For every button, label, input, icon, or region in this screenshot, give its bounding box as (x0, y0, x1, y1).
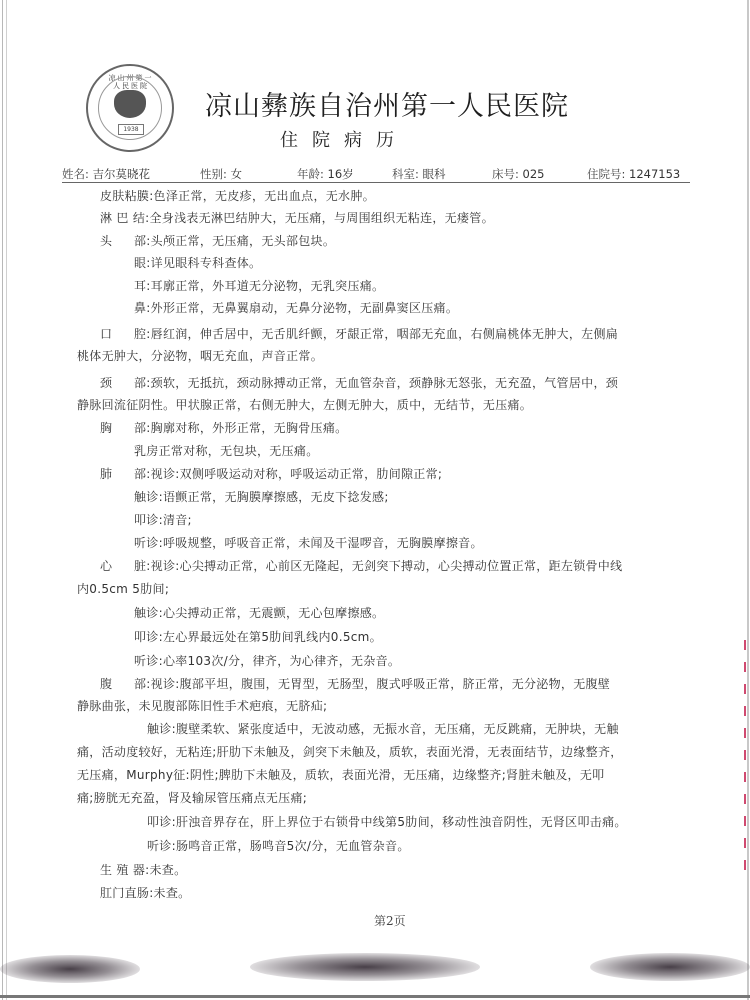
logo-year: 1938 (118, 124, 144, 135)
medical-record-page: 凉山州第一人民医院 1938 凉山彝族自治州第一人民医院 住院病历 姓名: 吉尔… (0, 0, 750, 1000)
exam-heart-inspection-line1: 脏:视诊:心尖搏动正常，心前区无隆起，无剑突下搏动，心尖搏动位置正常，距左锁骨中… (134, 557, 622, 574)
red-edge-marks (744, 640, 746, 870)
bed-label: 床号: (492, 167, 519, 181)
scan-edge-bottom (0, 995, 750, 998)
page-number: 第2页 (374, 912, 406, 929)
patient-bed: 025 (523, 167, 545, 181)
exam-abdomen-inspection-line1: 部:视诊:腹部平坦，腹围，无胃型，无肠型，腹式呼吸正常，脐正常，无分泌物，无腹壁 (134, 675, 610, 692)
exam-ear: 耳:耳廓正常，外耳道无分泌物，无乳突压痛。 (134, 277, 384, 294)
exam-neck-line1: 部:颈软，无抵抗，颈动脉搏动正常，无血管杂音，颈静脉无怒张，无充盈，气管居中，颈 (134, 374, 618, 391)
age-label: 年龄: (297, 167, 324, 181)
section-label-neck: 颈 (100, 374, 112, 391)
inpatient-number: 1247153 (629, 167, 680, 181)
sex-label: 性别: (200, 167, 227, 181)
exam-mouth-line2: 桃体无肿大，分泌物，咽无充血，声音正常。 (77, 347, 323, 364)
exam-anus-rectum: 肛门直肠:未查。 (100, 884, 190, 901)
scan-edge-left (2, 0, 3, 1000)
section-label-heart: 心 (100, 557, 112, 574)
scan-edge-right (747, 0, 749, 1000)
exam-neck-line2: 静脉回流征阴性。甲状腺正常，右侧无肿大，左侧无肿大，质中，无结节，无压痛。 (77, 396, 532, 413)
exam-lung-auscultation: 听诊:呼吸规整，呼吸音正常，未闻及干湿啰音，无胸膜摩擦音。 (134, 534, 483, 551)
exam-heart-percussion: 叩诊:左心界最远处在第5肋间乳线内0.5cm。 (134, 628, 382, 645)
exam-abdomen-auscultation: 听诊:肠鸣音正常，肠鸣音5次/分，无血管杂音。 (147, 837, 410, 854)
exam-heart-auscultation: 听诊:心率103次/分，律齐，为心律齐，无杂音。 (134, 652, 400, 669)
exam-abdomen-inspection-line2: 静脉曲张，未见腹部陈旧性手术疤痕，无脐疝; (77, 697, 327, 714)
dept-label: 科室: (392, 167, 419, 181)
hospital-name: 凉山彝族自治州第一人民医院 (205, 84, 569, 123)
patient-name: 吉尔莫晓花 (93, 167, 151, 181)
section-label-chest: 胸 (100, 419, 112, 436)
exam-abdomen-percussion: 叩诊:肝浊音界存在，肝上界位于右锁骨中线第5肋间，移动性浊音阴性，无肾区叩击痛。 (147, 813, 627, 830)
exam-mouth-line1: 腔:唇红润，伸舌居中，无舌肌纤颤，牙龈正常，咽部无充血，右侧扁桃体无肿大，左侧扁 (134, 325, 618, 342)
scan-smudge-right (590, 953, 750, 981)
scan-edge-left-inner (6, 0, 7, 1000)
patient-age: 16岁 (328, 167, 354, 181)
exam-abdomen-palpation-line1: 触诊:腹壁柔软、紧张度适中，无波动感，无振水音，无压痛，无反跳痛，无肿块，无触 (147, 720, 619, 737)
exam-lung-palpation: 触诊:语颤正常，无胸膜摩擦感，无皮下捻发感; (134, 488, 389, 505)
exam-genitalia: 生 殖 器:未查。 (100, 861, 186, 878)
document-title: 住院病历 (280, 126, 408, 152)
patient-sex: 女 (231, 167, 243, 181)
exam-nose: 鼻:外形正常，无鼻翼扇动，无鼻分泌物，无副鼻窦区压痛。 (134, 299, 458, 316)
exam-abdomen-palpation-line2: 痛，活动度较好，无粘连;肝肋下未触及，剑突下未触及，质软，表面光滑，无表面结节，… (77, 743, 623, 760)
section-label-mouth: 口 (100, 325, 112, 342)
section-label-head: 头 (100, 232, 112, 249)
exam-lymph: 淋 巴 结:全身浅表无淋巴结肿大，无压痛，与周围组织无粘连，无瘘管。 (100, 209, 494, 226)
exam-lung-inspection: 部:视诊:双侧呼吸运动对称，呼吸运动正常，肋间隙正常; (134, 465, 442, 482)
exam-abdomen-palpation-line3: 无压痛，Murphy征:阴性;脾肋下未触及，质软，表面光滑，无压痛，边缘整齐;肾… (77, 766, 604, 783)
scan-smudge-left (0, 955, 140, 983)
exam-eye: 眼:详见眼科专科查体。 (134, 254, 261, 271)
exam-skin: 皮肤粘膜:色泽正常，无皮疹，无出血点，无水肿。 (100, 187, 375, 204)
patient-info-bar: 姓名: 吉尔莫晓花 性别: 女 年龄: 16岁 科室: 眼科 床号: 025 住… (62, 164, 690, 183)
exam-heart-inspection-line2: 内0.5cm 5肋间; (77, 580, 169, 597)
section-label-abdomen: 腹 (100, 675, 112, 692)
patient-dept: 眼科 (423, 167, 446, 181)
section-label-lung: 肺 (100, 465, 112, 482)
name-label: 姓名: (62, 167, 89, 181)
exam-chest: 部:胸廓对称，外形正常，无胸骨压痛。 (134, 419, 347, 436)
scan-smudge-center (250, 953, 480, 981)
exam-lung-percussion: 叩诊:清音; (134, 511, 192, 528)
caduceus-emblem-icon (114, 90, 146, 118)
exam-abdomen-palpation-line4: 痛;膀胱无充盈，肾及输尿管压痛点无压痛; (77, 789, 307, 806)
exam-breast: 乳房正常对称，无包块，无压痛。 (134, 442, 319, 459)
exam-head: 部:头颅正常，无压痛，无头部包块。 (134, 232, 335, 249)
hospital-logo: 凉山州第一人民医院 1938 (86, 64, 174, 152)
inpatient-no-label: 住院号: (587, 167, 625, 181)
exam-heart-palpation: 触诊:心尖搏动正常，无震颤，无心包摩擦感。 (134, 604, 384, 621)
